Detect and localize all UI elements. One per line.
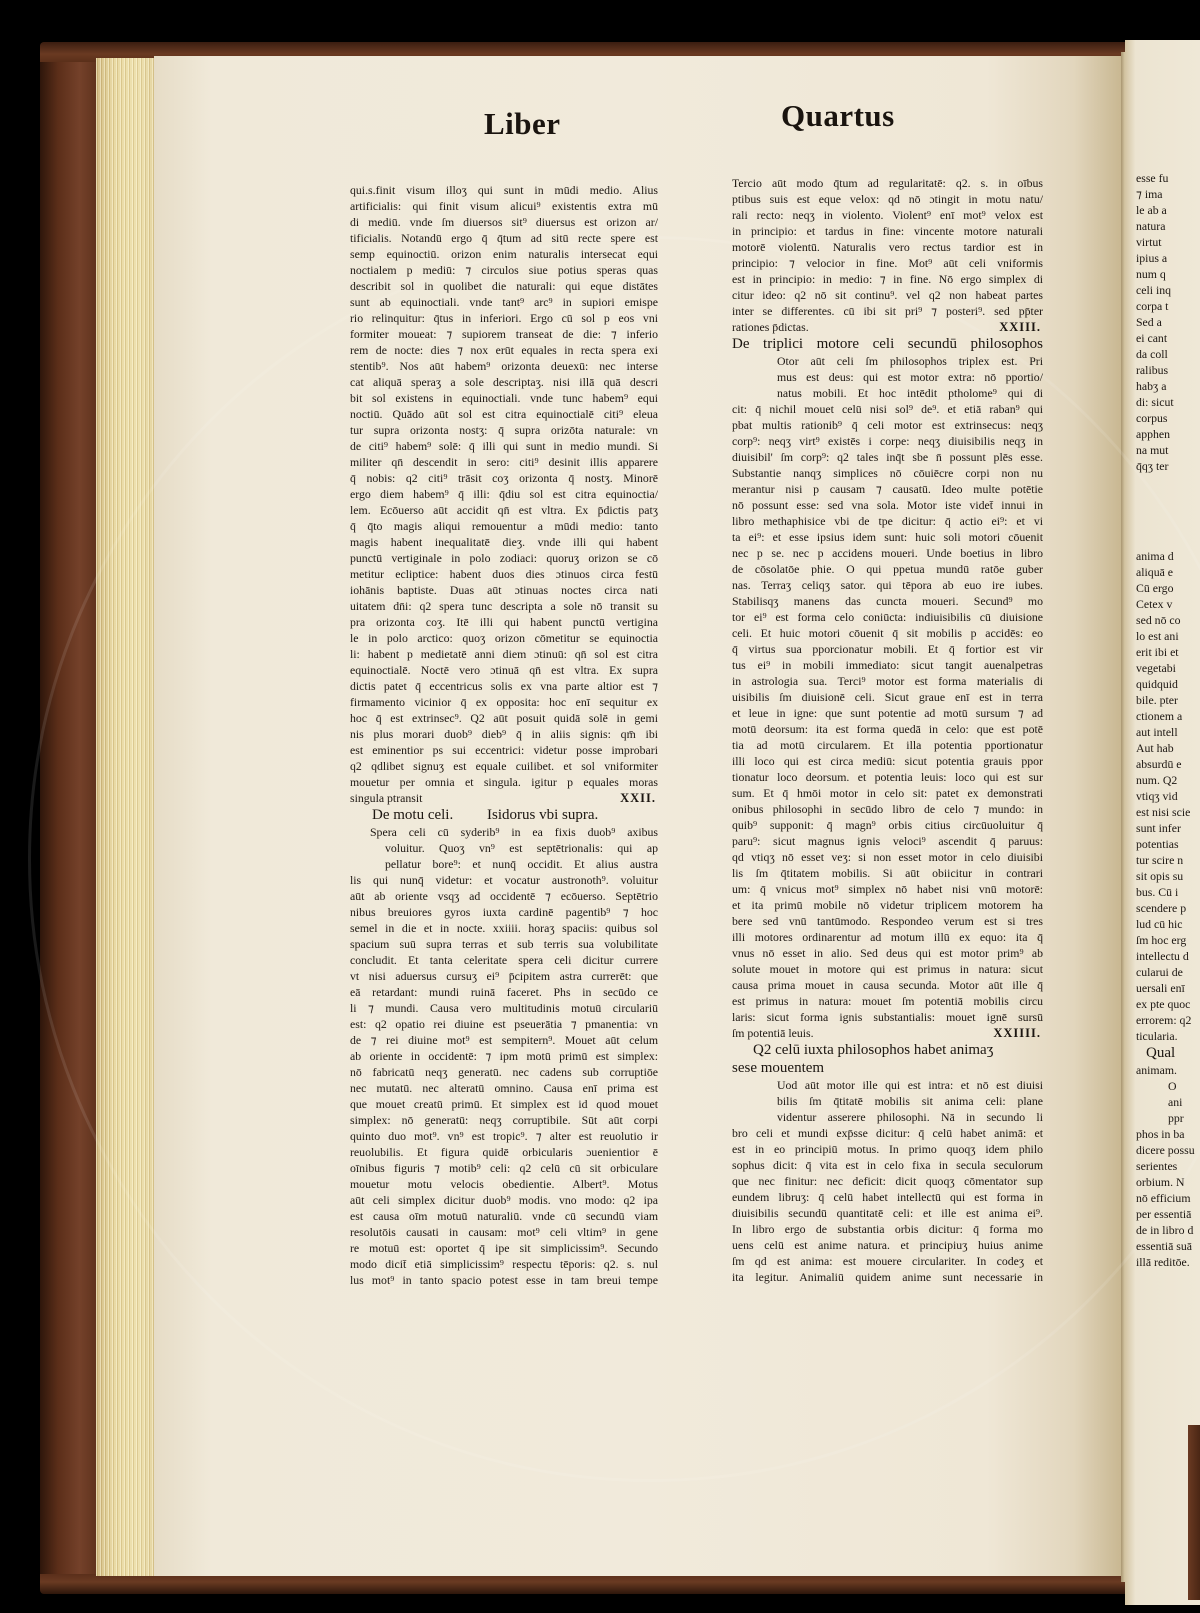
text-line: quidquid: [1136, 676, 1200, 692]
text-line: sit opis su: [1136, 868, 1200, 884]
line-text: intellectu d: [1136, 948, 1200, 964]
text-line: ergo diem habem⁹ q̄ illi: q̄diu sol est …: [350, 486, 658, 502]
text-line: eā retardant: mundi ruinā faceret. Phs i…: [350, 984, 658, 1000]
line-text: in principio: et tardus in fine: vincent…: [732, 223, 1043, 239]
line-text: lo est ani: [1136, 628, 1200, 644]
running-head-left: Liber: [484, 106, 561, 142]
facing-page-text-block: anima d aliquā e Cū ergo Cetex v sed nō …: [1136, 548, 1200, 1270]
line-text: re motuū est: oportet q̄ ipe sit simplic…: [350, 1240, 658, 1256]
line-text: formiter moueat: ⁊ supiorem transeat de …: [350, 326, 658, 342]
line-text: iohānis baptiste. Duas aūt ɔtinuas nocte…: [350, 582, 658, 598]
text-line: est eminentior ps sui eccentrici: videtu…: [350, 742, 658, 758]
text-line: celi inq: [1136, 282, 1200, 298]
text-line: qui.s.finit visum illoʒ qui sunt in mūdi…: [350, 182, 658, 198]
text-line: est nisi scie: [1136, 804, 1200, 820]
line-text: semp equinoctiū. orizon enim naturalis i…: [350, 246, 658, 262]
line-text: tus ei⁹ in mobili immediato: sicut tangi…: [732, 657, 1043, 673]
text-line: vegetabi: [1136, 660, 1200, 676]
facing-page-text-block: esse fu ⁊ ima le ab a natura virtut ipiu…: [1136, 170, 1200, 474]
text-line: natus mobili. Et hoc intēdit ptholome⁹ q…: [732, 385, 1043, 401]
line-text: est: q2 opatio rei diuine est pseuerātia…: [350, 1016, 658, 1032]
text-line: phos in ba: [1136, 1126, 1200, 1142]
text-line: nō possunt esse: sed vna sola. Motor ist…: [732, 497, 1043, 513]
text-line: bere sed vnū tantūmodo. Respondeo verum …: [732, 913, 1043, 929]
line-text: sum. Et q̄ hmōi motor in celo sit: patet…: [732, 785, 1043, 801]
text-line: in principio: et tardus in fine: vincent…: [732, 223, 1043, 239]
text-line: da coll: [1136, 346, 1200, 362]
line-text: cularui de: [1136, 964, 1200, 980]
text-line: sophus dicit: q̄ vita est in celo fixa i…: [732, 1157, 1043, 1173]
text-line: ani: [1136, 1094, 1200, 1110]
line-text: artificialis: qui finit visum alicui⁹ ex…: [350, 198, 658, 214]
text-line: oīnibus figuris ⁊ motib⁹ celi: q2 celū c…: [350, 1160, 658, 1176]
line-text: et ita primū mobile nō videtur triplicem…: [732, 897, 1043, 913]
text-line: sese mouentem: [732, 1059, 1043, 1077]
text-line: ptibus suis est eque velox: qd nō ɔtingi…: [732, 191, 1043, 207]
text-line: tur supra orizonta nostʒ: q̄ supra orizō…: [350, 422, 658, 438]
line-text: merantur nisi p causam ⁊ causatū. Ideo m…: [732, 481, 1043, 497]
line-text: virtut: [1136, 234, 1200, 250]
line-text: tor ei⁹ est forma celo coniūcta: indiuis…: [732, 609, 1043, 625]
line-text: vegetabi: [1136, 660, 1200, 676]
text-line: semel in die et in nocte. xxiiii. horaʒ …: [350, 920, 658, 936]
text-line: apphen: [1136, 426, 1200, 442]
line-text: bus. Cū i: [1136, 884, 1200, 900]
line-text: sit opis su: [1136, 868, 1200, 884]
line-text: ergo diem habem⁹ q̄ illi: q̄diu sol est …: [350, 486, 658, 502]
text-line: rali recto: neqʒ in violento. Violent⁹ e…: [732, 207, 1043, 223]
line-text: resolutōis causati in causam: mot⁹ celi …: [350, 1224, 658, 1240]
text-line: de citi⁹ habem⁹ solē: q̄ illi qui sunt i…: [350, 438, 658, 454]
text-line: reuolubilis. Et figura quidē orbicularis…: [350, 1144, 658, 1160]
line-text: mouetur per omnia et singula. igitur p e…: [350, 774, 658, 790]
text-line: noctiū. Quādo aūt sol est citra equinoct…: [350, 406, 658, 422]
line-text: tionatur loco deorsum. et potentia leuis…: [732, 769, 1043, 785]
line-text: apphen: [1136, 426, 1200, 442]
line-text: et leue in igne: que sunt potentie ad mo…: [732, 705, 1043, 721]
text-line: inter se differentes. cū ibi sit pri⁹ ⁊ …: [732, 303, 1043, 319]
line-text: citur ideo: q2 nō sit continu⁹. vel q2 n…: [732, 287, 1043, 303]
text-line: di: sicut: [1136, 394, 1200, 410]
text-line: nec mutatū. nec alteratū omnino. Causa e…: [350, 1080, 658, 1096]
line-text: diuisibil' ſm corp⁹: q2 tales inq̄t sbe …: [732, 449, 1043, 465]
text-line: natura: [1136, 218, 1200, 234]
text-line: Q2 celū iuxta philosophos habet animaʒ: [732, 1041, 1043, 1059]
text-line: illā reditōe.: [1136, 1254, 1200, 1270]
text-line: aut intell: [1136, 724, 1200, 740]
text-line: ſm hoc erg: [1136, 932, 1200, 948]
line-text: laris: sicut forma ignis substantialis: …: [732, 1009, 1043, 1025]
text-line: de in libro d: [1136, 1222, 1200, 1238]
line-text: militer qn̄ descendit in sero: citi⁹ des…: [350, 454, 658, 470]
text-line: lus mot⁹ in tanto spacio potest esse in …: [350, 1272, 658, 1288]
text-line: errorem: q2: [1136, 1012, 1200, 1028]
text-line: magis habent inequalitatē dieʒ. vnde ill…: [350, 534, 658, 550]
text-line: libro methaphisice vbi de tpe dicitur: q…: [732, 513, 1043, 529]
text-line: paru⁹: sicut magnus ignis veloci⁹ ascend…: [732, 833, 1043, 849]
text-line: pra orizonta coʒ. Itē illi qui habent pu…: [350, 614, 658, 630]
line-text: ppr: [1168, 1110, 1200, 1126]
line-text: sophus dicit: q̄ vita est in celo fixa i…: [732, 1157, 1043, 1173]
line-text: ei cant: [1136, 330, 1200, 346]
text-line: simplex: nō generatū: neqʒ corruptibile.…: [350, 1112, 658, 1128]
text-line: De motu celi. Isidorus vbi supra.: [350, 806, 658, 824]
text-line: aliquā e: [1136, 564, 1200, 580]
line-text: bile. pter: [1136, 692, 1200, 708]
line-text: Qual: [1146, 1044, 1200, 1062]
line-text: est nisi scie: [1136, 804, 1200, 820]
text-line: vnus nō esset in alio. Sed deus qui est …: [732, 945, 1043, 961]
line-text: De motu celi.: [372, 807, 453, 823]
line-text: In libro ergo de substantia orbis dicitu…: [732, 1221, 1043, 1237]
text-line: ticularia.: [1136, 1028, 1200, 1044]
line-text: uitatem dn̄i: q2 spera tunc descripta a …: [350, 598, 658, 614]
line-text: vtiqʒ vid: [1136, 788, 1200, 804]
text-line: videntur asserere philosophi. Nā in secu…: [732, 1109, 1043, 1125]
text-line: resolutōis causati in causam: mot⁹ celi …: [350, 1224, 658, 1240]
line-text: Q2 celū iuxta philosophos habet animaʒ: [753, 1041, 1043, 1059]
line-text: libro methaphisice vbi de tpe dicitur: q…: [732, 513, 1043, 529]
text-line: tia ad motū circularem. Et illa potentia…: [732, 737, 1043, 753]
line-text: pra orizonta coʒ. Itē illi qui habent pu…: [350, 614, 658, 630]
text-line: virtut: [1136, 234, 1200, 250]
line-text: de ⁊ rei diuine mot⁹ est sempitern⁹. Mou…: [350, 1032, 658, 1048]
line-text: pellatur bore⁹: et nunq̄ occidit. Et ali…: [385, 856, 658, 872]
text-line: describit sol in quolibet die naturali: …: [350, 278, 658, 294]
text-line: aūt celi simplex dicitur duob⁹ modis. vn…: [350, 1192, 658, 1208]
left-text-column: qui.s.finit visum illoʒ qui sunt in mūdi…: [350, 182, 658, 1288]
line-text: ab oriente in occidentē: ⁊ ipm motū prim…: [350, 1048, 658, 1064]
text-line: vt nisi aduersus cursuʒ ei⁹ p̄cipitem as…: [350, 968, 658, 984]
text-line: sum. Et q̄ hmōi motor in celo sit: patet…: [732, 785, 1043, 801]
line-text: lis ſm q̄titatem mobilis. Si aūt obiicit…: [732, 865, 1043, 881]
text-line: pbat multis rationib⁹ q̄ celi motor est …: [732, 417, 1043, 433]
line-text: essentiā suā: [1136, 1238, 1200, 1254]
text-line: illi loco qui est circa mediū: sicut pot…: [732, 753, 1043, 769]
text-line: sed nō co: [1136, 612, 1200, 628]
line-marginal: XXIII.: [999, 319, 1043, 335]
text-line: motorē violentū. Naturalis vero rectus t…: [732, 239, 1043, 255]
line-text: Stabilisqʒ manens das cuncta moueri. Sec…: [732, 593, 1043, 609]
line-text: sunt infer: [1136, 820, 1200, 836]
text-line: semp equinoctiū. orizon enim naturalis i…: [350, 246, 658, 262]
text-line: li ⁊ mundi. Causa vero multitudinis motu…: [350, 1000, 658, 1016]
line-text: semel in die et in nocte. xxiiii. horaʒ …: [350, 920, 658, 936]
text-line: serientes: [1136, 1158, 1200, 1174]
line-text: rem de nocte: dies ⁊ nox erūt equales in…: [350, 342, 658, 358]
line-text: principio: ⁊ velocior in fine. Mot⁹ aūt …: [732, 255, 1043, 271]
text-line: stentib⁹. Nos aūt habem⁹ orizonta deuexū…: [350, 358, 658, 374]
text-line: de ⁊ rei diuine mot⁹ est sempitern⁹. Mou…: [350, 1032, 658, 1048]
line-text: illi loco qui est circa mediū: sicut pot…: [732, 753, 1043, 769]
line-text: aūt celi simplex dicitur duob⁹ modis. vn…: [350, 1192, 658, 1208]
text-line: absurdū e: [1136, 756, 1200, 772]
line-text: per essentiā: [1136, 1206, 1200, 1222]
line-text: ticularia.: [1136, 1028, 1200, 1044]
text-line: Uod aūt motor ille qui est intra: et nō …: [732, 1077, 1043, 1093]
text-line: equinoctialē. Noctē vero ɔtinuā qn̄ est …: [350, 662, 658, 678]
line-text: rali recto: neqʒ in violento. Violent⁹ e…: [732, 207, 1043, 223]
text-line: uens celū est anime natura. et principiu…: [732, 1237, 1043, 1253]
line-text: na mut: [1136, 442, 1200, 458]
text-line: motū deorsum: ita est forma quedā in cel…: [732, 721, 1043, 737]
line-text: um: q̄ vnicus mot⁹ simplex nō habet nisi…: [732, 881, 1043, 897]
text-line: noctialem p mediū: ⁊ circulos siue potiu…: [350, 262, 658, 278]
text-line: ipius a: [1136, 250, 1200, 266]
line-text: Tercio aūt modo q̄tum ad regularitatē: q…: [732, 175, 1043, 191]
line-text: dictis patet q̄ eccentricus solis ex vna…: [350, 678, 658, 694]
line-text: absurdū e: [1136, 756, 1200, 772]
line-text: quidquid: [1136, 676, 1200, 692]
line-text: illā reditōe.: [1136, 1254, 1200, 1270]
text-line: que nec finitur: nec deficit: dicit quoq…: [732, 1173, 1043, 1189]
line-text: le in polo arctico: quoʒ orizon cōmetitu…: [350, 630, 658, 646]
line-text: paru⁹: sicut magnus ignis veloci⁹ ascend…: [732, 833, 1043, 849]
line-text: habʒ a: [1136, 378, 1200, 394]
text-line: de cōsolatōe phie. O qui ppetua mundū ra…: [732, 561, 1043, 577]
line-text: Uod aūt motor ille qui est intra: et nō …: [777, 1077, 1043, 1093]
text-line: num q: [1136, 266, 1200, 282]
line-text: illi motores ordinarentur ad motum illū …: [732, 929, 1043, 945]
text-line: in astrologia sua. Terci⁹ motor est form…: [732, 673, 1043, 689]
line-text: nec mutatū. nec alteratū omnino. Causa e…: [350, 1080, 658, 1096]
text-line: cat aliquā speraʒ a sole descriptaʒ. nis…: [350, 374, 658, 390]
text-line: ſm potentiā leuis. XXIIII.: [732, 1025, 1043, 1041]
text-line: ita legitur. Animaliū quidem anime sunt …: [732, 1269, 1043, 1285]
text-line: merantur nisi p causam ⁊ causatū. Ideo m…: [732, 481, 1043, 497]
line-text: de cōsolatōe phie. O qui ppetua mundū ra…: [732, 561, 1043, 577]
line-text: orbium. N: [1136, 1174, 1200, 1190]
text-line: dictis patet q̄ eccentricus solis ex vna…: [350, 678, 658, 694]
text-line: nō efficium: [1136, 1190, 1200, 1206]
text-line: lud cū hic: [1136, 916, 1200, 932]
text-line: orbium. N: [1136, 1174, 1200, 1190]
text-line: est in principio: in medio: ⁊ in fine. N…: [732, 271, 1043, 287]
text-line: intellectu d: [1136, 948, 1200, 964]
line-text: li ⁊ mundi. Causa vero multitudinis motu…: [350, 1000, 658, 1016]
line-text: le ab a: [1136, 202, 1200, 218]
line-text: que mouet creatū primū. Et simplex est i…: [350, 1096, 658, 1112]
line-text: erit ibi et: [1136, 644, 1200, 660]
text-line: est in eo principiū motus. In primo quoq…: [732, 1141, 1043, 1157]
line-text: est eminentior ps sui eccentrici: videtu…: [350, 742, 658, 758]
text-line: mouetur motu velocis obedientie. Albert⁹…: [350, 1176, 658, 1192]
line-text: aliquā e: [1136, 564, 1200, 580]
line-text: reuolubilis. Et figura quidē orbicularis…: [350, 1144, 658, 1160]
line-text: Spera celi cū syderib⁹ in ea fixis duob⁹…: [370, 824, 658, 840]
line-text: nis plus morari duob⁹ dieb⁹ q̄ in aliis …: [350, 726, 658, 742]
text-line: esse fu: [1136, 170, 1200, 186]
line-text: num. Q2: [1136, 772, 1200, 788]
text-line: principio: ⁊ velocior in fine. Mot⁹ aūt …: [732, 255, 1043, 271]
line-text: uersali enī: [1136, 980, 1200, 996]
line-text: q2 qdlibet signuʒ est equale cuilibet. e…: [350, 758, 658, 774]
line-text: ſm hoc erg: [1136, 932, 1200, 948]
line-text: punctū vertiginale in polo zodiaci: quor…: [350, 550, 658, 566]
text-line: uitatem dn̄i: q2 spera tunc descripta a …: [350, 598, 658, 614]
text-line: diuisibil' ſm corp⁹: q2 tales inq̄t sbe …: [732, 449, 1043, 465]
text-line: bile. pter: [1136, 692, 1200, 708]
line-text: corpus: [1136, 410, 1200, 426]
text-line: tionatur loco deorsum. et potentia leuis…: [732, 769, 1043, 785]
line-text: spacium suū supra terras et sub terris s…: [350, 936, 658, 952]
text-line: formiter moueat: ⁊ supiorem transeat de …: [350, 326, 658, 342]
text-line: Stabilisqʒ manens das cuncta moueri. Sec…: [732, 593, 1043, 609]
text-line: corp⁹: neqʒ virt⁹ existēs i corpe: neqʒ …: [732, 433, 1043, 449]
line-text: natura: [1136, 218, 1200, 234]
text-line: scendere p: [1136, 900, 1200, 916]
line-text: tificialis. Notandū ergo q̄ q̄tum ad sit…: [350, 230, 658, 246]
line-text: Cū ergo: [1136, 580, 1200, 596]
text-line: metitur ecliptice: habent duos dies ɔtin…: [350, 566, 658, 582]
line-text: da coll: [1136, 346, 1200, 362]
line-text: di: sicut: [1136, 394, 1200, 410]
line-text: animam.: [1136, 1062, 1200, 1078]
text-line: nas. Terraʒ celiqʒ sator. qui tēpora ab …: [732, 577, 1043, 593]
line-text: ⁊ ima: [1136, 186, 1200, 202]
text-line: Qual: [1136, 1044, 1200, 1062]
text-line: pellatur bore⁹: et nunq̄ occidit. Et ali…: [350, 856, 658, 872]
line-text: diuisibilis secundū quantitatē celi: et …: [732, 1205, 1043, 1221]
line-text: lem. Ecōuerso aūt accidit qn̄ est vltra.…: [350, 502, 658, 518]
line-text: phos in ba: [1136, 1126, 1200, 1142]
line-text: quinto duo mot⁹. vn⁹ est tropic⁹. ⁊ alte…: [350, 1128, 658, 1144]
line-text: firmamento vicinior q̄ ex opposita: hoc …: [350, 694, 658, 710]
line-text: onibus philosophi in secūdo libro de cel…: [732, 801, 1043, 817]
text-line: Sed a: [1136, 314, 1200, 330]
text-line: rem de nocte: dies ⁊ nox erūt equales in…: [350, 342, 658, 358]
text-line: modo dicit̄ etiā simplicissim⁹ respectu …: [350, 1256, 658, 1272]
text-line: q̄ virtus sua pporcionatur mobili. Et q̄…: [732, 641, 1043, 657]
text-line: li: habent p medietatē anni diem ɔtinuū:…: [350, 646, 658, 662]
text-line: tificialis. Notandū ergo q̄ q̄tum ad sit…: [350, 230, 658, 246]
text-line: artificialis: qui finit visum alicui⁹ ex…: [350, 198, 658, 214]
text-line: Cū ergo: [1136, 580, 1200, 596]
line-text: eā retardant: mundi ruinā faceret. Phs i…: [350, 984, 658, 1000]
text-line: per essentiā: [1136, 1206, 1200, 1222]
line-text: Cetex v: [1136, 596, 1200, 612]
text-line: uersali enī: [1136, 980, 1200, 996]
line-text: aūt ab oriente vsqʒ ad occidentē ⁊ ecōue…: [350, 888, 658, 904]
text-line: mouetur per omnia et singula. igitur p e…: [350, 774, 658, 790]
line-text: voluitur. Quoʒ vn⁹ est septētrionalis: q…: [385, 840, 658, 856]
line-marginal: XXII.: [620, 790, 658, 806]
line-text: li: habent p medietatē anni diem ɔtinuū:…: [350, 646, 658, 662]
text-line: nō fabricatū neqʒ generatū. nec cadens s…: [350, 1064, 658, 1080]
text-line: quinto duo mot⁹. vn⁹ est tropic⁹. ⁊ alte…: [350, 1128, 658, 1144]
text-line: est causa oīm motuū naturaliū. vnde cū s…: [350, 1208, 658, 1224]
line-text: oīnibus figuris ⁊ motib⁹ celi: q2 celū c…: [350, 1160, 658, 1176]
line-text: cit: q̄ nichil mouet celū nisi sol⁹ de⁹.…: [732, 401, 1043, 417]
line-text: aut intell: [1136, 724, 1200, 740]
text-line: Aut hab: [1136, 740, 1200, 756]
leather-cover-bottom: [40, 1574, 1130, 1594]
text-line: lo est ani: [1136, 628, 1200, 644]
line-text: bere sed vnū tantūmodo. Respondeo verum …: [732, 913, 1043, 929]
line-text: nō fabricatū neqʒ generatū. nec cadens s…: [350, 1064, 658, 1080]
text-line: hoc q̄ est extrinsec⁹. Q2 aūt posuit qui…: [350, 710, 658, 726]
line-text: nibus breuiores gyros iuxta cardinē page…: [350, 904, 658, 920]
line-text: vt nisi aduersus cursuʒ ei⁹ p̄cipitem as…: [350, 968, 658, 984]
line-text: pbat multis rationib⁹ q̄ celi motor est …: [732, 417, 1043, 433]
text-line: ſm qd est anima: est mouere circulariter…: [732, 1253, 1043, 1269]
line-text: metitur ecliptice: habent duos dies ɔtin…: [350, 566, 658, 582]
text-line: bus. Cū i: [1136, 884, 1200, 900]
line-text: est primus in natura: mouet ſm potentiā …: [732, 993, 1043, 1009]
text-line: tor ei⁹ est forma celo coniūcta: indiuis…: [732, 609, 1043, 625]
line-text: sed nō co: [1136, 612, 1200, 628]
line-text: ani: [1168, 1094, 1200, 1110]
line-text: videntur asserere philosophi. Nā in secu…: [777, 1109, 1043, 1125]
line-text: nec p se. nec p accidens moueri. Unde bo…: [732, 545, 1043, 561]
text-line: uisibilis ſm diuisionē celi. Sicut graue…: [732, 689, 1043, 705]
text-line: di mediū. vnde ſm diuersos sit⁹ diuersus…: [350, 214, 658, 230]
line-text: qd vtiqʒ nō esset veʒ: si non esset moto…: [732, 849, 1043, 865]
line-text: q̄ virtus sua pporcionatur mobili. Et q̄…: [732, 641, 1043, 657]
line-text: simplex: nō generatū: neqʒ corruptibile.…: [350, 1112, 658, 1128]
line-text: rationes p̄dictas.: [732, 319, 809, 335]
line-text: qui.s.finit visum illoʒ qui sunt in mūdi…: [350, 182, 658, 198]
text-line: animam.: [1136, 1062, 1200, 1078]
line-text: magis habent inequalitatē dieʒ. vnde ill…: [350, 534, 658, 550]
text-line: singula ptransit XXII.: [350, 790, 658, 806]
text-line: lis qui nunq̄ videtur: et vocatur austro…: [350, 872, 658, 888]
text-line: In libro ergo de substantia orbis dicitu…: [732, 1221, 1043, 1237]
text-line: nibus breuiores gyros iuxta cardinē page…: [350, 904, 658, 920]
text-line: ⁊ ima: [1136, 186, 1200, 202]
text-line: quib⁹ supponit: q̄ magn⁹ orbis citius ci…: [732, 817, 1043, 833]
text-line: Cetex v: [1136, 596, 1200, 612]
text-line: ab oriente in occidentē: ⁊ ipm motū prim…: [350, 1048, 658, 1064]
text-line: num. Q2: [1136, 772, 1200, 788]
line-text: solute mouet in motore qui est primus in…: [732, 961, 1043, 977]
line-text: de in libro d: [1136, 1222, 1200, 1238]
text-line: diuisibilis secundū quantitatē celi: et …: [732, 1205, 1043, 1221]
text-line: O: [1136, 1078, 1200, 1094]
text-line: le in polo arctico: quoʒ orizon cōmetitu…: [350, 630, 658, 646]
line-text: Sed a: [1136, 314, 1200, 330]
line-text: di mediū. vnde ſm diuersos sit⁹ diuersus…: [350, 214, 658, 230]
text-line: celi. Et huic motori cōuenit q̄ sit mobi…: [732, 625, 1043, 641]
line-text: hoc q̄ est extrinsec⁹. Q2 aūt posuit qui…: [350, 710, 658, 726]
line-text: esse fu: [1136, 170, 1200, 186]
text-line: ppr: [1136, 1110, 1200, 1126]
line-text: ta ei⁹: et esse ipsius idem sunt: huic s…: [732, 529, 1043, 545]
text-line: q̄qʒ ter: [1136, 458, 1200, 474]
text-line: rationes p̄dictas. XXIII.: [732, 319, 1043, 335]
line-text: sese mouentem: [732, 1059, 1043, 1077]
text-line: corpus: [1136, 410, 1200, 426]
line-text: rio relinquitur: q̄tus in inferiori. Erg…: [350, 310, 658, 326]
text-line: concludit. Et tanta cele­ritate spera ce…: [350, 952, 658, 968]
text-line: q2 qdlibet signuʒ est equale cuilibet. e…: [350, 758, 658, 774]
line-text: q̄ q̄to magis aliqui remouentur a mūdi m…: [350, 518, 658, 534]
line-text: De triplici motore celi secundū philosop…: [732, 335, 1043, 353]
text-line: anima d: [1136, 548, 1200, 564]
line-text: modo dicit̄ etiā simplicissim⁹ respectu …: [350, 1256, 658, 1272]
line-text: est in eo principiū motus. In primo quoq…: [732, 1141, 1043, 1157]
line-text: ralibus: [1136, 362, 1200, 378]
line-text: est causa oīm motuū naturaliū. vnde cū s…: [350, 1208, 658, 1224]
text-line: firmamento vicinior q̄ ex opposita: hoc …: [350, 694, 658, 710]
line-text: num q: [1136, 266, 1200, 282]
text-line: nis plus morari duob⁹ dieb⁹ q̄ in aliis …: [350, 726, 658, 742]
line-text: concludit. Et tanta cele­ritate spera ce…: [350, 952, 658, 968]
line-text: lud cū hic: [1136, 916, 1200, 932]
text-line: solute mouet in motore qui est primus in…: [732, 961, 1043, 977]
page-edges-stack: [96, 58, 156, 1576]
text-line: bro celi et mundi exp̄sse dicitur: q̄ ce…: [732, 1125, 1043, 1141]
